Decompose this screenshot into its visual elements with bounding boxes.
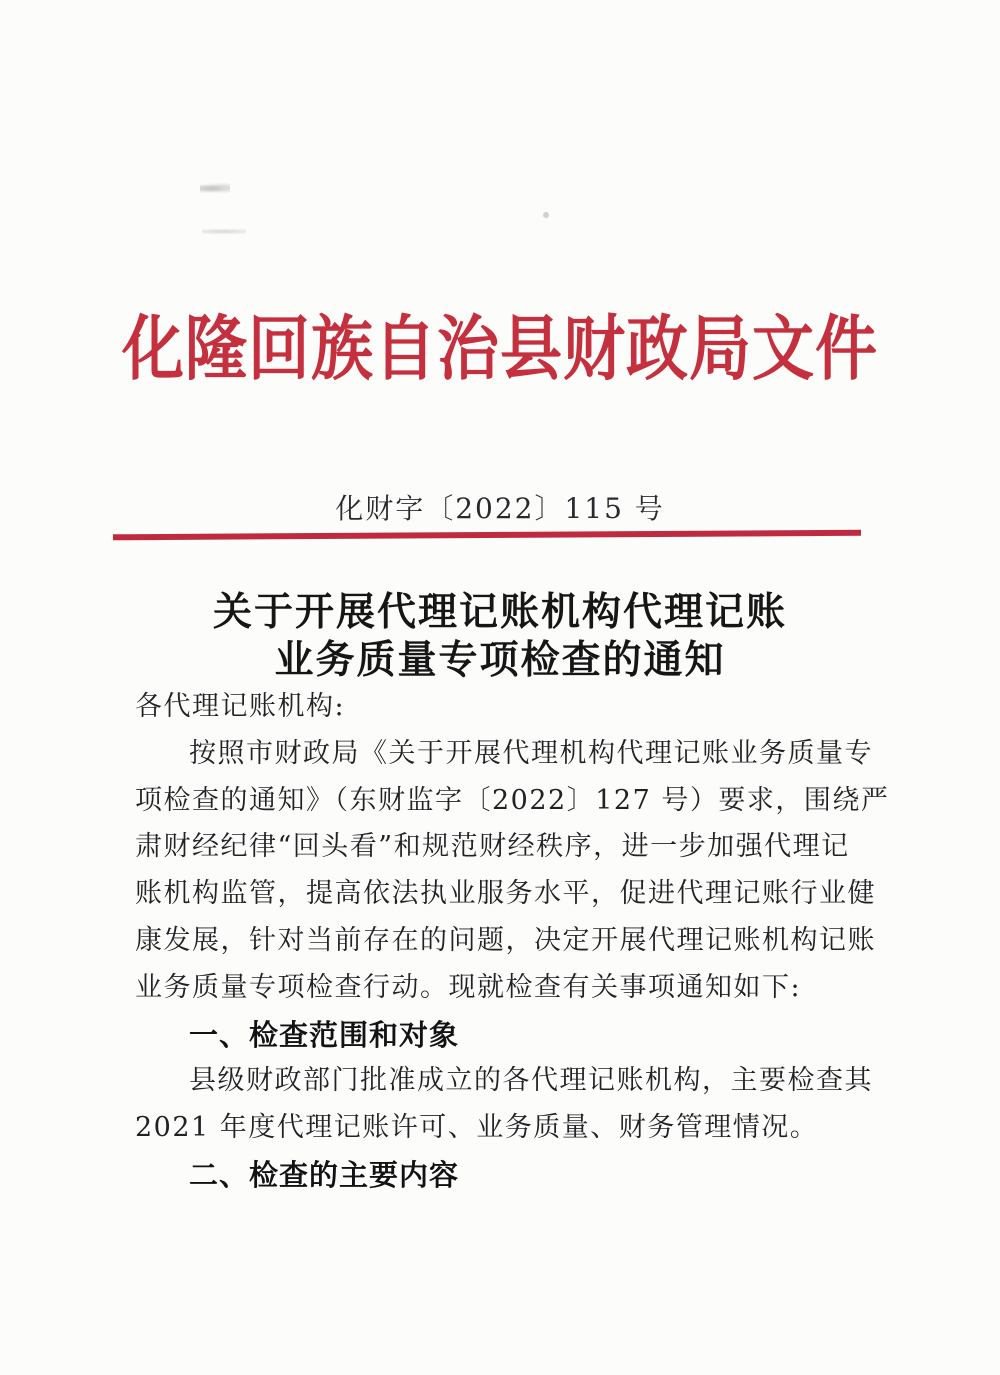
agency-header-title: 化隆回族自治县财政局文件 [0, 292, 1000, 393]
document-title-line-1: 关于开展代理记账机构代理记账 [0, 588, 1000, 636]
scan-artifact [543, 212, 549, 218]
body-line: 2021 年度代理记账许可、业务质量、财务管理情况。 [135, 1105, 875, 1152]
section-heading-2: 二、检查的主要内容 [135, 1152, 875, 1199]
body-line: 项检查的通知》（东财监字〔2022〕127 号）要求，围绕严 [135, 778, 875, 825]
body-line: 县级财政部门批准成立的各代理记账机构，主要检查其 [135, 1058, 875, 1105]
red-divider-line [113, 530, 861, 541]
document-body: 各代理记账机构: 按照市财政局《关于开展代理机构代理记账业务质量专 项检查的通知… [135, 684, 875, 1199]
body-line: 业务质量专项检查行动。现就检查有关事项通知如下: [135, 965, 875, 1012]
document-title-line-2: 业务质量专项检查的通知 [0, 636, 1000, 684]
document-title: 关于开展代理记账机构代理记账 业务质量专项检查的通知 [0, 588, 1000, 684]
body-line: 账机构监管，提高依法执业服务水平，促进代理记账行业健 [135, 871, 875, 918]
scanned-document-page: 化隆回族自治县财政局文件 化财字〔2022〕115 号 关于开展代理记账机构代理… [0, 0, 1000, 1375]
salutation: 各代理记账机构: [135, 684, 875, 731]
body-line: 肃财经纪律“回头看”和规范财经秩序，进一步加强代理记 [135, 824, 875, 871]
scan-artifact [202, 228, 246, 235]
body-line: 康发展，针对当前存在的问题，决定开展代理记账机构记账 [135, 918, 875, 965]
body-line: 按照市财政局《关于开展代理机构代理记账业务质量专 [135, 731, 875, 778]
section-heading-1: 一、检查范围和对象 [135, 1012, 875, 1059]
scan-artifact [200, 183, 230, 194]
document-number: 化财字〔2022〕115 号 [0, 487, 1000, 527]
